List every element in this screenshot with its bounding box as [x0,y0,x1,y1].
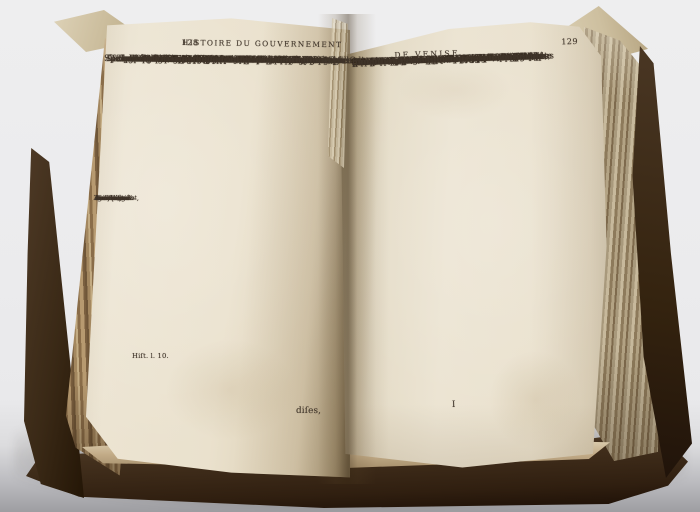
book-gutter [318,14,376,484]
left-margin-note-hist: Hiſt. l. 10. [132,352,169,360]
book-cover-left [24,148,84,498]
text-line: habuit, [94,194,122,203]
right-page-number: 129 [561,37,578,47]
right-page-signature: I [452,400,456,410]
left-page-catchword: diſes, [296,406,321,416]
left-page-stain [140,320,320,460]
left-margin-note-tacitus: Amicitiasdum magni-tudine mu-nerum, nonc… [94,194,142,203]
photo-backdrop: 128HISTOIRE DU GOUVERNEMENT Spalatro reſ… [0,0,700,512]
right-page-stain [470,330,600,470]
